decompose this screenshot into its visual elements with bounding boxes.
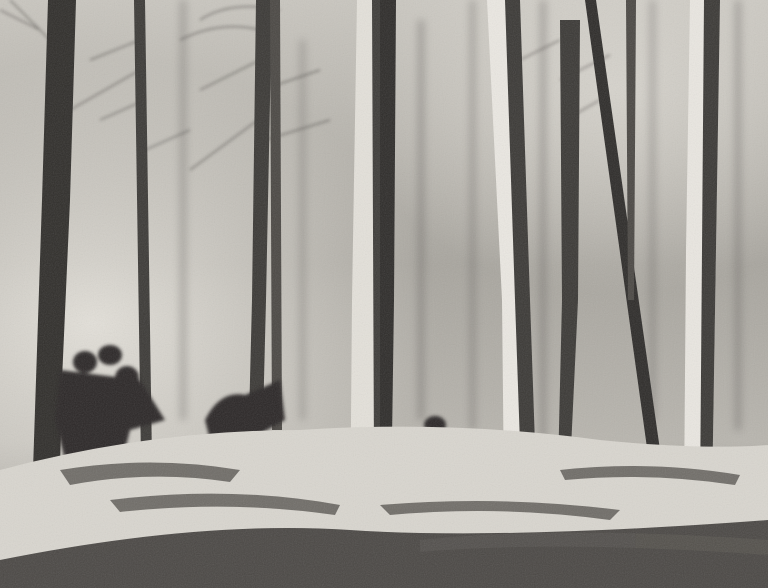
film-grain — [0, 0, 768, 588]
photo-canvas — [0, 0, 768, 588]
forest-photograph — [0, 0, 768, 588]
